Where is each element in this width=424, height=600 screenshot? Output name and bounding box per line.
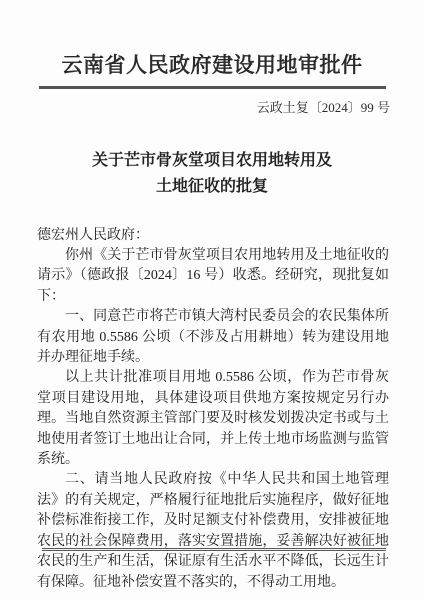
header-divider <box>39 86 386 89</box>
subject-line-1: 关于芒市骨灰堂项目农用地转用及 <box>0 148 424 174</box>
document-subject: 关于芒市骨灰堂项目农用地转用及 土地征收的批复 <box>0 148 424 200</box>
body-paragraph: 一、同意芒市将芒市镇大湾村民委员会的农民集体所有农用地 0.5586 公顷（不涉… <box>37 307 389 368</box>
document-page: 云南省人民政府建设用地审批件 云政土复〔2024〕99 号 关于芒市骨灰堂项目农… <box>0 0 424 600</box>
body-paragraph: 你州《关于芒市骨灰堂项目农用地转用及土地征收的请示》（德政报〔2024〕16 号… <box>37 246 389 307</box>
body-paragraph: 以上共计批准项目用地 0.5586 公顷，作为芒市骨灰堂项目建设用地，具体建设项… <box>37 368 389 470</box>
subject-line-2: 土地征收的批复 <box>0 174 424 200</box>
footer-divider <box>42 548 386 551</box>
document-number: 云政土复〔2024〕99 号 <box>0 100 390 116</box>
salutation: 德宏州人民政府： <box>37 226 389 246</box>
body-paragraph: 二、请当地人民政府按《中华人民共和国土地管理法》的有关规定，严格履行征地批后实施… <box>37 470 389 592</box>
document-header-title: 云南省人民政府建设用地审批件 <box>0 50 424 80</box>
document-body: 德宏州人民政府： 你州《关于芒市骨灰堂项目农用地转用及土地征收的请示》（德政报〔… <box>37 226 389 593</box>
